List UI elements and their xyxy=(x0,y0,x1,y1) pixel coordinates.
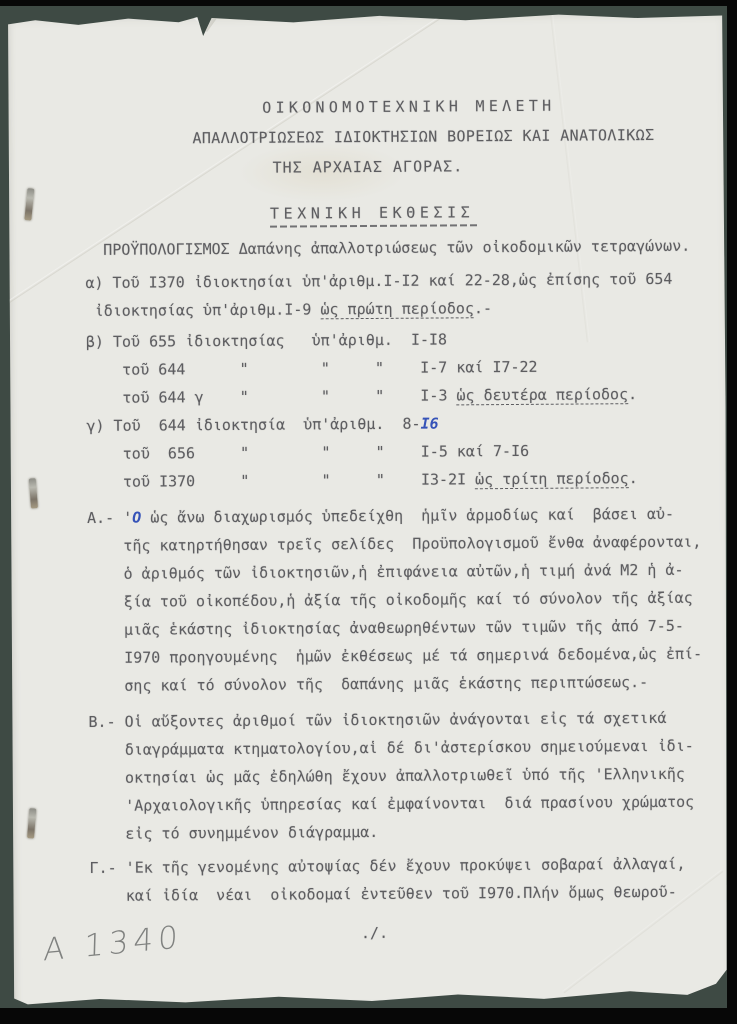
text-segment: .- xyxy=(474,299,492,317)
text-line: Γ.- 'Εκ τῆς γενομένης αὐτοψίας δέν ἔχουν… xyxy=(89,850,703,882)
text-segment: οκτησίαι ὡς μᾶς ἐδηλώθη ἔχουν ἀπαλλοτριω… xyxy=(89,765,685,787)
text-segment: ὡς ἄνω διαχωρισμός ὑπεδείχθη ἡμῖν ἁρμοδί… xyxy=(141,505,674,527)
text-line: γ) Τοῦ 644 ἰδιοκτησία ὑπ'ἀριθμ. 8-Ι6 xyxy=(86,408,700,440)
text-line: 'Αρχαιολογικῆς ὑπηρεσίας καί ἐμφαίνονται… xyxy=(89,788,703,820)
text-line: διαγράμματα κτηματολογίου,αἱ δέ δι'ἀστερ… xyxy=(89,732,703,764)
text-line: ἰδιοκτησίας ὑπ'ἀριθμ.Ι-9 ὡς πρώτη περίοδ… xyxy=(86,293,700,325)
text-segment: Ι970 προηγουμένης ἡμῶν ἐκθέσεως μέ τά ση… xyxy=(88,645,702,667)
text-segment: β) Τοῦ 655 ἰδιοκτησίας ὑπ'ἀριθμ. Ι-Ι8 xyxy=(86,330,447,351)
text-segment: ΠΡΟΫΠΟΛΟΓΙΣΜΟΣ Δαπάνης ἀπαλλοτριώσεως τῶ… xyxy=(85,237,690,259)
text-line: Β.- Οἱ αὔξοντες ἀριθμοί τῶν ἰδιοκτησιῶν … xyxy=(88,704,702,736)
text-line: ὁ ἀριθμός τῶν ἰδιοκτησιῶν,ἡ ἐπιφάνεια αὐ… xyxy=(87,556,701,588)
text-line: τοῦ 644 " " " Ι-7 καί Ι7-22 xyxy=(86,352,700,384)
document-title-line-2: ΑΠΑΛΛΟΤΡΙΩΣΕΩΣ ΙΔΙΟΚΤΗΣΙΩΝ ΒΟΡΕΙΩΣ ΚΑΙ Α… xyxy=(192,126,654,147)
text-line: τοῦ 644 γ " " " Ι-3 ὡς δευτέρα περίοδος. xyxy=(86,380,700,412)
text-line: Α.- 'Ο ὡς ἄνω διαχωρισμός ὑπεδείχθη ἡμῖν… xyxy=(87,500,701,532)
page-continuation-mark: ./. xyxy=(361,924,388,942)
text-line: τοῦ 656 " " " Ι-5 καί 7-Ι6 xyxy=(87,436,701,468)
text-segment: τοῦ 644 " " " Ι-7 καί Ι7-22 xyxy=(86,358,538,379)
text-line: σης καί τό σύνολον τῆς δαπάνης μιᾶς ἑκάσ… xyxy=(88,668,702,700)
text-segment: τοῦ 656 " " " Ι-5 καί 7-Ι6 xyxy=(87,442,530,463)
text-line: β) Τοῦ 655 ἰδιοκτησίας ὑπ'ἀριθμ. Ι-Ι8 xyxy=(86,324,700,356)
text-line: εἰς τό συνημμένον διάγραμμα. xyxy=(89,816,703,848)
text-line: τῆς κατηρτήθησαν τρεῖς σελίδες Προϋπολογ… xyxy=(87,528,701,560)
document-body: ΠΡΟΫΠΟΛΟΓΙΣΜΟΣ Δαπάνης ἀπαλλοτριώσεως τῶ… xyxy=(85,232,704,910)
staple-mark xyxy=(24,188,34,221)
text-line: ΠΡΟΫΠΟΛΟΓΙΣΜΟΣ Δαπάνης ἀπαλλοτριώσεως τῶ… xyxy=(85,232,699,264)
text-segment: ὁ ἀριθμός τῶν ἰδιοκτησιῶν,ἡ ἐπιφάνεια αὐ… xyxy=(87,561,683,583)
text-segment: Β.- Οἱ αὔξοντες ἀριθμοί τῶν ἰδιοκτησιῶν … xyxy=(88,709,666,731)
text-line: καί ἰδία νέαι οἰκοδομαί ἐντεῦθεν τοῦ Ι97… xyxy=(90,878,704,910)
blue-ink-correction: Ο xyxy=(132,509,141,527)
text-segment: Α.- ' xyxy=(87,509,132,527)
text-segment: ἰδιοκτησίας ὑπ'ἀριθμ.Ι-9 xyxy=(86,300,321,320)
document-title-line-3: ΤΗΣ ΑΡΧΑΙΑΣ ΑΓΟΡΑΣ. xyxy=(273,157,464,176)
text-segment: τοῦ Ι370 " " " Ι3-2Ι xyxy=(87,470,475,491)
text-segment: 'Αρχαιολογικῆς ὑπηρεσίας καί ἐμφαίνονται… xyxy=(89,793,694,815)
underlined-phrase: ὡς τρίτη περίοδος xyxy=(475,469,629,489)
text-line: οκτησίαι ὡς μᾶς ἐδηλώθη ἔχουν ἀπαλλοτριω… xyxy=(89,760,703,792)
text-segment: εἰς τό συνημμένον διάγραμμα. xyxy=(89,823,378,843)
text-segment: σης καί τό σύνολον τῆς δαπάνης μιᾶς ἑκάσ… xyxy=(88,673,648,695)
underlined-phrase: ὡς πρώτη περίοδος xyxy=(320,299,474,319)
text-segment: α) Τοῦ Ι370 ἰδιοκτησίαι ὑπ'ἀριθμ.Ι-Ι2 κα… xyxy=(85,270,672,292)
text-segment: τοῦ 644 γ " " " Ι-3 xyxy=(86,386,456,407)
text-segment: τῆς κατηρτήθησαν τρεῖς σελίδες Προϋπολογ… xyxy=(87,533,701,555)
photo-of-document: ΟΙΚΟΝΟΜΟΤΕΧΝΙΚΗ ΜΕΛΕΤΗ ΑΠΑΛΛΟΤΡΙΩΣΕΩΣ ΙΔ… xyxy=(0,0,737,1024)
blue-ink-correction: Ι6 xyxy=(420,415,438,433)
text-segment: μιᾶς ἑκάστης ἰδιοκτησίας ἀναθεωρηθέντων … xyxy=(88,617,684,639)
text-line: Ι970 προηγουμένης ἡμῶν ἐκθέσεως μέ τά ση… xyxy=(88,640,702,672)
text-segment: γ) Τοῦ 644 ἰδιοκτησία ὑπ'ἀριθμ. 8- xyxy=(86,415,420,435)
text-segment: ξία τοῦ οἰκοπέδου,ἡ ἀξία τῆς οἰκοδομῆς κ… xyxy=(88,589,693,611)
underlined-phrase: ὡς δευτέρα περίοδος xyxy=(456,385,628,405)
text-segment: καί ἰδία νέαι οἰκοδομαί ἐντεῦθεν τοῦ Ι97… xyxy=(90,883,677,905)
text-line: τοῦ Ι370 " " " Ι3-2Ι ὡς τρίτη περίοδος. xyxy=(87,464,701,496)
text-line: α) Τοῦ Ι370 ἰδιοκτησίαι ὑπ'ἀριθμ.Ι-Ι2 κα… xyxy=(85,265,699,297)
archive-number-handwritten: Α 1340 xyxy=(43,919,183,968)
text-line: μιᾶς ἑκάστης ἰδιοκτησίας ἀναθεωρηθέντων … xyxy=(88,612,702,644)
text-segment: Γ.- 'Εκ τῆς γενομένης αὐτοψίας δέν ἔχουν… xyxy=(89,855,685,877)
text-segment: διαγράμματα κτηματολογίου,αἱ δέ δι'ἀστερ… xyxy=(89,737,694,759)
text-line: ξία τοῦ οἰκοπέδου,ἡ ἀξία τῆς οἰκοδομῆς κ… xyxy=(88,584,702,616)
staple-mark xyxy=(27,808,36,838)
document-page: ΟΙΚΟΝΟΜΟΤΕΧΝΙΚΗ ΜΕΛΕΤΗ ΑΠΑΛΛΟΤΡΙΩΣΕΩΣ ΙΔ… xyxy=(7,10,731,1007)
text-segment: . xyxy=(628,385,637,403)
section-heading: ΤΕΧΝΙΚΗ ΕΚΘΕΣΙΣ xyxy=(270,203,475,227)
text-segment: . xyxy=(629,469,638,487)
document-title-line-1: ΟΙΚΟΝΟΜΟΤΕΧΝΙΚΗ ΜΕΛΕΤΗ xyxy=(262,97,555,117)
staple-mark xyxy=(29,478,38,508)
